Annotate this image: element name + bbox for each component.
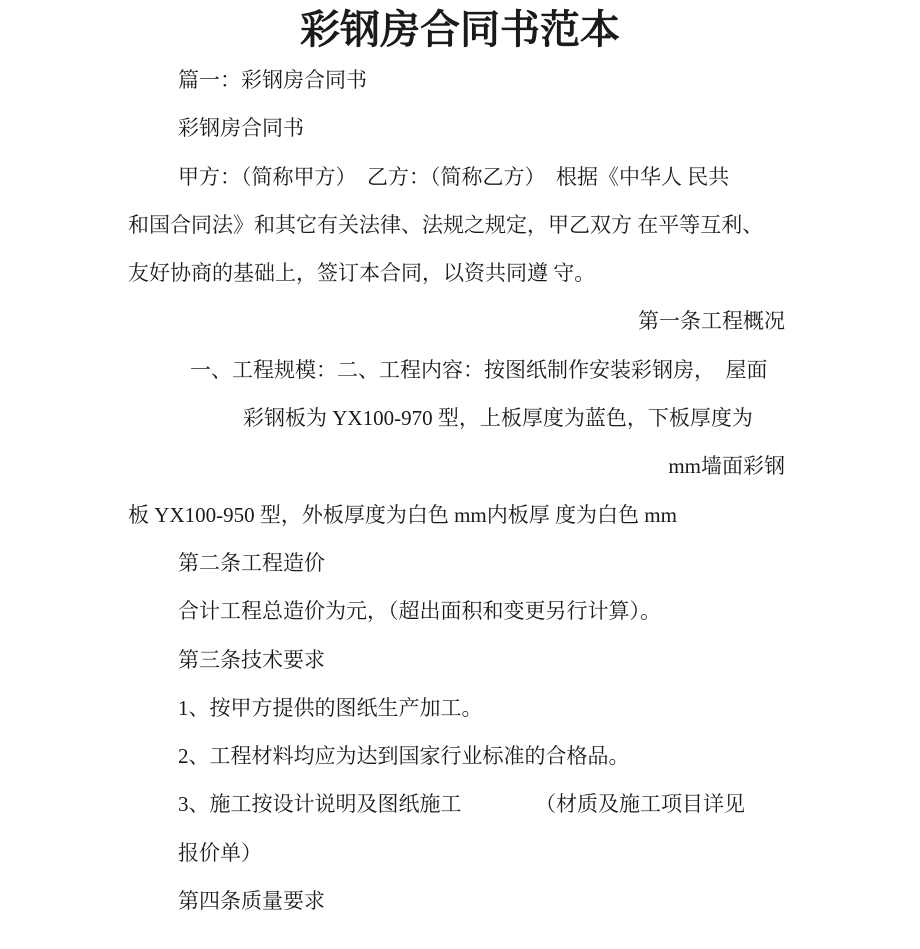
paragraph-line-subtitle: 彩钢房合同书: [128, 104, 785, 152]
list-item-1: 1、按甲方提供的图纸生产加工。: [128, 684, 785, 732]
clause-4-heading: 第四条质量要求: [128, 877, 785, 925]
paragraph-line: 板 YX100-950 型，外板厚度为白色 mm内板厚 度为白色 mm: [128, 491, 785, 539]
clause-1-heading: 第一条工程概况: [128, 297, 785, 345]
paragraph-line: 彩钢板为 YX100-970 型，上板厚度为蓝色，下板厚度为: [128, 394, 785, 442]
clause-2-heading: 第二条工程造价: [128, 539, 785, 587]
paragraph-line-parties: 甲方：（简称甲方） 乙方：（简称乙方） 根据《中华人 民共: [128, 153, 785, 201]
list-item-2: 2、工程材料均应为达到国家行业标准的合格品。: [128, 732, 785, 780]
paragraph-line: mm墙面彩钢: [128, 442, 785, 490]
paragraph-line: 报价单）: [128, 829, 785, 877]
paragraph-line: 一、工程规模：二、工程内容：按图纸制作安装彩钢房， 屋面: [128, 346, 785, 394]
document-body: 篇一：彩钢房合同书 彩钢房合同书 甲方：（简称甲方） 乙方：（简称乙方） 根据《…: [0, 56, 920, 925]
paragraph-line-part-heading: 篇一：彩钢房合同书: [128, 56, 785, 104]
paragraph-line: 和国合同法》和其它有关法律、法规之规定，甲乙双方 在平等互利、: [128, 201, 785, 249]
list-item-3: 3、施工按设计说明及图纸施工 （材质及施工项目详见: [128, 780, 785, 828]
document-title: 彩钢房合同书范本: [0, 0, 920, 56]
paragraph-line: 友好协商的基础上，签订本合同，以资共同遵 守。: [128, 249, 785, 297]
document-page: 彩钢房合同书范本 篇一：彩钢房合同书 彩钢房合同书 甲方：（简称甲方） 乙方：（…: [0, 0, 920, 949]
paragraph-line: 合计工程总造价为元，（超出面积和变更另行计算）。: [128, 587, 785, 635]
clause-3-heading: 第三条技术要求: [128, 636, 785, 684]
